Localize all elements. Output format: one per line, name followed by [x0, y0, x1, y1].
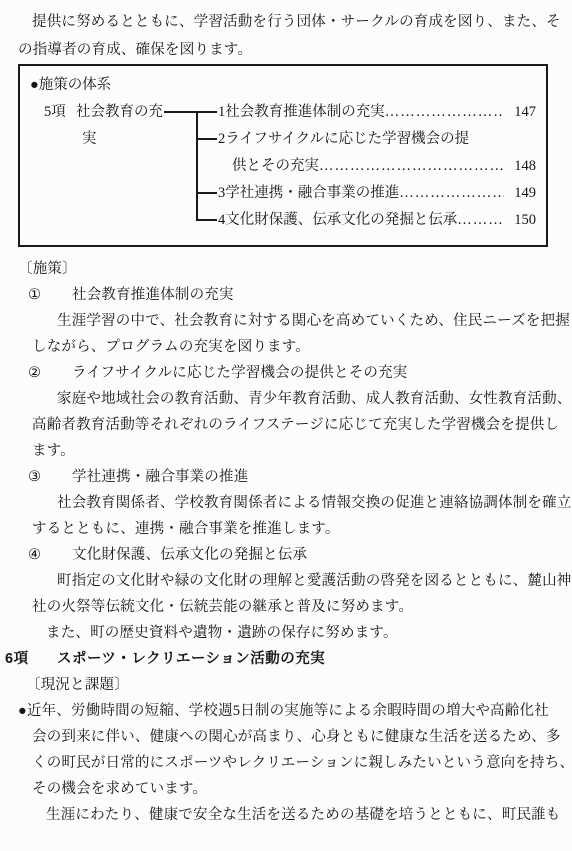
policy-body-line: ます。: [32, 438, 572, 464]
tree-vertical-line: [196, 111, 198, 221]
section6-subheading: 〔現況と課題〕: [26, 672, 572, 698]
toc-page-number: 150: [504, 211, 536, 229]
box-heading: ●施策の体系: [30, 73, 111, 94]
section6-title: スポーツ・レクリエーション活動の充実: [57, 651, 325, 667]
intro-line-2: の指導者の育成、確保を図ります。: [18, 36, 572, 64]
toc-text: 1社会教育推進体制の充実: [218, 103, 385, 121]
policy-item-marker: ③: [28, 464, 50, 490]
policy-body-line: するとともに、連携・融合事業を推進します。: [32, 516, 572, 542]
policy-item-marker: ②: [28, 360, 50, 386]
toc-page-number: 147: [504, 103, 536, 121]
toc-leader: ……………………: [399, 184, 504, 202]
paragraph-line: 生涯にわたり、健康で安全な生活を送るための基礎を培うとともに、町民誰も: [46, 802, 572, 828]
policies-heading: 〔施策〕: [18, 256, 572, 282]
toc-leader: ………………………………………: [319, 157, 504, 175]
paragraph-line: くの町民が日常的にスポーツやレクリエーションに親しみたいという意向を持ち、: [32, 750, 572, 776]
toc-text: 4文化財保護、伝承文化の発掘と伝承: [218, 211, 457, 229]
document-page: 提供に努めるとともに、学習活動を行う団体・サークルの育成を図り、また、そ の指導…: [0, 0, 572, 851]
policy-item-4-heading: ④文化財保護、伝承文化の発掘と伝承: [28, 542, 572, 568]
policy-body-line: 社の火祭等伝統文化・伝統芸能の継承と普及に努めます。: [32, 594, 572, 620]
toc-text: 3学社連携・融合事業の推進: [218, 184, 399, 202]
policy-item-title: 文化財保護、伝承文化の発掘と伝承: [72, 547, 307, 563]
box-item-title-line1: 社会教育の充: [76, 103, 163, 121]
tree-branch-line: [196, 219, 217, 221]
tree-branch-line: [196, 192, 217, 194]
section6-heading: 6項スポーツ・レクリエーション活動の充実: [5, 646, 572, 672]
policy-body-line: 家庭や地域社会の教育活動、青少年教育活動、成人教育活動、女性教育活動、: [57, 386, 572, 412]
toc-leader: ………: [457, 211, 504, 229]
policy-item-title: 学社連携・融合事業の推進: [72, 469, 248, 485]
tree-connector-line: [164, 111, 217, 113]
policy-item-title: ライフサイクルに応じた学習機会の提供とその充実: [72, 365, 408, 381]
toc-row: 4文化財保護、伝承文化の発掘と伝承 ……… 150: [218, 211, 536, 229]
toc-text: 2ライフサイクルに応じた学習機会の提: [218, 130, 469, 148]
policy-body-line: 生涯学習の中で、社会教育に対する関心を高めていくため、住民ニーズを把握: [57, 308, 572, 334]
paragraph-line: その機会を求めています。: [32, 776, 572, 802]
intro-line-1: 提供に努めるとともに、学習活動を行う団体・サークルの育成を図り、また、そ: [32, 8, 572, 36]
policy-body-line: しながら、プログラムの充実を図ります。: [32, 334, 572, 360]
policy-item-title: 社会教育推進体制の充実: [72, 287, 234, 303]
toc-row: 2ライフサイクルに応じた学習機会の提: [218, 130, 536, 148]
policy-item-3-heading: ③学社連携・融合事業の推進: [28, 464, 572, 490]
toc-page-number: 149: [504, 184, 536, 202]
toc-page-number: 148: [504, 157, 536, 175]
toc-row: 供とその充実 ……………………………………… 148: [232, 157, 536, 175]
toc-row: 3学社連携・融合事業の推進 …………………… 149: [218, 184, 536, 202]
policy-system-box: ●施策の体系 5項 社会教育の充 実 1社会教育推進体制の充実 ………………………: [18, 64, 548, 247]
paragraph-line: 会の到来に伴い、健康への関心が高まり、心身ともに健康な生活を送るため、多: [32, 724, 572, 750]
section6-number: 6項: [5, 646, 39, 672]
toc-row: 1社会教育推進体制の充実 ………………………… 147: [218, 103, 536, 121]
tree-branch-line: [196, 138, 217, 140]
policy-body-line: 高齢者教育活動等それぞれのライフステージに応じて充実した学習機会を提供し: [32, 412, 572, 438]
policy-body-line: 社会教育関係者、学校教育関係者による情報交換の促進と連絡協調体制を確立: [57, 490, 572, 516]
policy-body-line: 町指定の文化財や緑の文化財の理解と愛護活動の啓発を図るとともに、麓山神: [57, 568, 572, 594]
toc-leader: …………………………: [385, 103, 504, 121]
policy-item-1-heading: ①社会教育推進体制の充実: [28, 282, 572, 308]
toc-text: 供とその充実: [232, 157, 319, 175]
policy-body-line: また、町の歴史資料や遺物・遺跡の保存に努めます。: [46, 620, 572, 646]
box-item-title-line2: 実: [82, 130, 97, 148]
box-item-number: 5項: [44, 103, 66, 121]
bullet-paragraph-line: ●近年、労働時間の短縮、学校週5日制の実施等による余暇時間の増大や高齢化社: [18, 698, 572, 724]
policy-item-marker: ①: [28, 282, 50, 308]
policy-item-2-heading: ②ライフサイクルに応じた学習機会の提供とその充実: [28, 360, 572, 386]
policy-item-marker: ④: [28, 542, 50, 568]
